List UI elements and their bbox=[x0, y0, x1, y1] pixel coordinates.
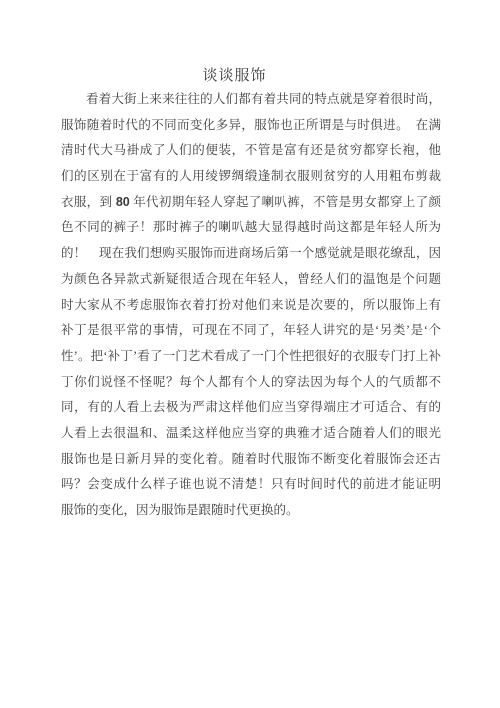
paragraph-line: 服饰的变化，因为服饰是跟随时代更换的。 bbox=[61, 498, 441, 524]
paragraph-line: 补丁是很平常的事情，可现在不同了，年轻人讲究的是‘另类’是‘个 bbox=[61, 318, 441, 344]
document-title: 谈谈服饰 bbox=[0, 64, 469, 85]
paragraph-line: 清时代大马褂成了人们的便装，不管是富有还是贫穷都穿长袍，他 bbox=[61, 138, 441, 164]
paragraph-line: 人看上去很温和、温柔这样他应当穿的典雅才适合随着人们的眼光 bbox=[61, 421, 441, 447]
paragraph-line: 的！ 现在我们想购买服饰而进商场后第一个感觉就是眼花缭乱，因 bbox=[61, 241, 441, 267]
paragraph-line: 丁你们说怪不怪呢？每个人都有个人的穿法因为每个人的气质都不 bbox=[61, 370, 441, 396]
paragraph-line: 们的区别在于富有的人用绫锣绸缎逢制衣服则贫穷的人用粗布剪裁 bbox=[61, 164, 441, 190]
paragraph-line: 性’。把‘补丁’看了一门艺术看成了一门个性把很好的衣服专门打上补 bbox=[61, 344, 441, 370]
paragraph-line: 色不同的裤子！那时裤子的喇叭越大显得越时尚这都是年轻人所为 bbox=[61, 215, 441, 241]
paragraph-line: 衣服，到 80 年代初期年轻人穿起了喇叭裤，不管是男女都穿上了颜 bbox=[61, 190, 441, 216]
paragraph-line: 服饰随着时代的不同而变化多异，服饰也正所谓是与时俱进。 在满 bbox=[61, 113, 441, 139]
paragraph-line: 同，有的人看上去极为严肃这样他们应当穿得端庄才可适合、有的 bbox=[61, 395, 441, 421]
paragraph-line: 吗？会变成什么样子谁也说不清楚！只有时间时代的前进才能证明 bbox=[61, 472, 441, 498]
paragraph-line: 看着大街上来来往往的人们都有着共同的特点就是穿着很时尚， bbox=[61, 87, 441, 113]
paragraph-line: 为颜色各异款式新疑很适合现在年轻人，曾经人们的温饱是个问题 bbox=[61, 267, 441, 293]
paragraph-line: 时大家从不考虑服饰衣着打扮对他们来说是次要的，所以服饰上有 bbox=[61, 293, 441, 319]
document-body: 看着大街上来来往往的人们都有着共同的特点就是穿着很时尚， 服饰随着时代的不同而变… bbox=[61, 87, 441, 524]
document-page: 谈谈服饰 看着大街上来来往往的人们都有着共同的特点就是穿着很时尚， 服饰随着时代… bbox=[0, 0, 500, 708]
paragraph-line: 服饰也是日新月异的变化着。随着时代服饰不断变化着服饰会还古 bbox=[61, 447, 441, 473]
